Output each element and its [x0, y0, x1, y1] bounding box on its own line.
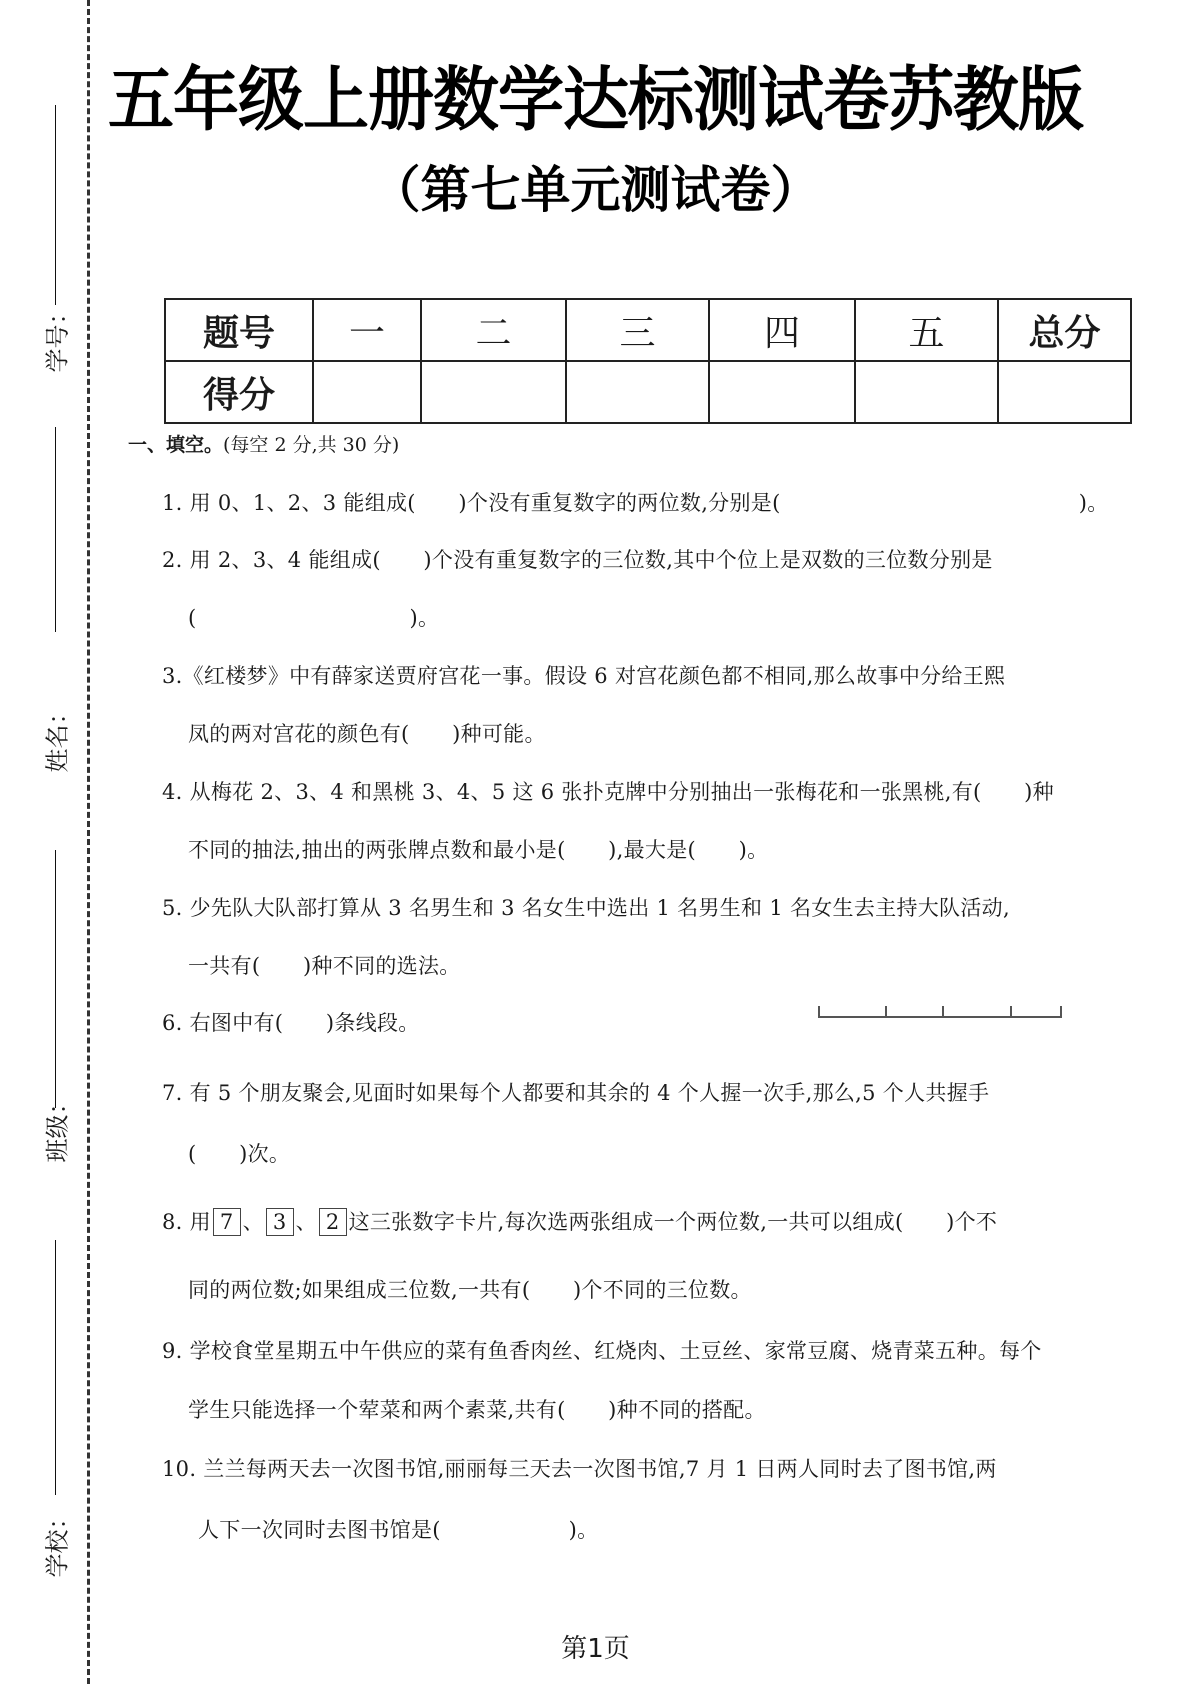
- separator: 、: [243, 1210, 264, 1234]
- line-segment-figure: [818, 1004, 1062, 1018]
- question-4-line-2: 不同的抽法,抽出的两张牌点数和最小是( ),最大是( )。: [188, 834, 768, 864]
- header-cell: 一: [313, 299, 421, 361]
- school-label: 学校：: [38, 1528, 73, 1578]
- section-heading: 一、填空。(每空 2 分,共 30 分): [128, 430, 399, 457]
- section-title: 一、填空。: [128, 434, 223, 456]
- segment-baseline: [818, 1016, 1062, 1018]
- question-7-line-2: ( )次。: [188, 1138, 290, 1168]
- section-note: (每空 2 分,共 30 分): [223, 434, 399, 456]
- name-label: 姓名：: [38, 723, 73, 773]
- score-table-header-row: 题号 一 二 三 四 五 总分: [165, 299, 1131, 361]
- score-table: 题号 一 二 三 四 五 总分 得分: [164, 298, 1132, 424]
- student-id-label: 学号：: [38, 323, 73, 373]
- cut-line-dashed: [87, 0, 90, 1684]
- question-10-line-2: 人下一次同时去图书馆是( )。: [198, 1514, 598, 1544]
- header-cell: 总分: [998, 299, 1131, 361]
- question-3-line-1: 3.《红楼梦》中有薛家送贾府宫花一事。假设 6 对宫花颜色都不相同,那么故事中分…: [162, 660, 1005, 690]
- question-7-line-1: 7. 有 5 个朋友聚会,见面时如果每个人都要和其余的 4 个人握一次手,那么,…: [162, 1077, 989, 1107]
- number-card-2: 2: [319, 1208, 347, 1236]
- question-9-line-1: 9. 学校食堂星期五中午供应的菜有鱼香肉丝、红烧肉、土豆丝、家常豆腐、烧青菜五种…: [162, 1335, 1042, 1365]
- question-2-line-2: ( )。: [188, 602, 439, 632]
- name-underline: [55, 427, 56, 632]
- question-1-line-1: 1. 用 0、1、2、3 能组成( )个没有重复数字的两位数,分别是( )。: [162, 487, 1109, 517]
- page-title: 五年级上册数学达标测试卷苏教版: [0, 44, 1191, 144]
- question-9-line-2: 学生只能选择一个荤菜和两个素菜,共有( )种不同的搭配。: [188, 1394, 766, 1424]
- segment-point: [942, 1006, 944, 1018]
- segment-point: [885, 1006, 887, 1018]
- question-8-text: 这三张数字卡片,每次选两张组成一个两位数,一共可以组成( )个不: [349, 1210, 998, 1234]
- score-cell[interactable]: [855, 361, 998, 423]
- header-cell: 三: [566, 299, 709, 361]
- question-6-line-1: 6. 右图中有( )条线段。: [162, 1007, 420, 1037]
- separator: 、: [296, 1210, 317, 1234]
- score-cell[interactable]: [998, 361, 1131, 423]
- score-cell[interactable]: [566, 361, 709, 423]
- header-cell: 四: [709, 299, 855, 361]
- class-label: 班级：: [38, 1113, 73, 1163]
- score-cell[interactable]: [709, 361, 855, 423]
- question-5-line-2: 一共有( )种不同的选法。: [188, 950, 461, 980]
- score-row-label: 得分: [165, 361, 313, 423]
- question-2-line-1: 2. 用 2、3、4 能组成( )个没有重复数字的三位数,其中个位上是双数的三位…: [162, 544, 993, 574]
- header-cell: 二: [421, 299, 566, 361]
- page-subtitle: （第七单元测试卷）: [0, 150, 1191, 222]
- score-table-score-row: 得分: [165, 361, 1131, 423]
- score-cell[interactable]: [313, 361, 421, 423]
- question-10-line-1: 10. 兰兰每两天去一次图书馆,丽丽每三天去一次图书馆,7 月 1 日两人同时去…: [162, 1453, 997, 1483]
- question-8-prefix: 8. 用: [162, 1210, 211, 1234]
- school-underline: [55, 1240, 56, 1495]
- question-3-line-2: 凤的两对宫花的颜色有( )种可能。: [188, 718, 546, 748]
- header-cell: 五: [855, 299, 998, 361]
- question-4-line-1: 4. 从梅花 2、3、4 和黑桃 3、4、5 这 6 张扑克牌中分别抽出一张梅花…: [162, 776, 1054, 806]
- number-card-3: 3: [266, 1208, 294, 1236]
- score-cell[interactable]: [421, 361, 566, 423]
- question-8-line-1: 8. 用7、3、2这三张数字卡片,每次选两张组成一个两位数,一共可以组成( )个…: [162, 1206, 997, 1236]
- segment-point: [818, 1006, 820, 1018]
- header-cell: 题号: [165, 299, 313, 361]
- class-underline: [55, 850, 56, 1108]
- question-8-line-2: 同的两位数;如果组成三位数,一共有( )个不同的三位数。: [188, 1274, 752, 1304]
- question-5-line-1: 5. 少先队大队部打算从 3 名男生和 3 名女生中选出 1 名男生和 1 名女…: [162, 892, 1010, 922]
- segment-point: [1060, 1006, 1062, 1018]
- segment-point: [1010, 1006, 1012, 1018]
- number-card-7: 7: [213, 1208, 241, 1236]
- page-number: 第1页: [0, 1628, 1191, 1665]
